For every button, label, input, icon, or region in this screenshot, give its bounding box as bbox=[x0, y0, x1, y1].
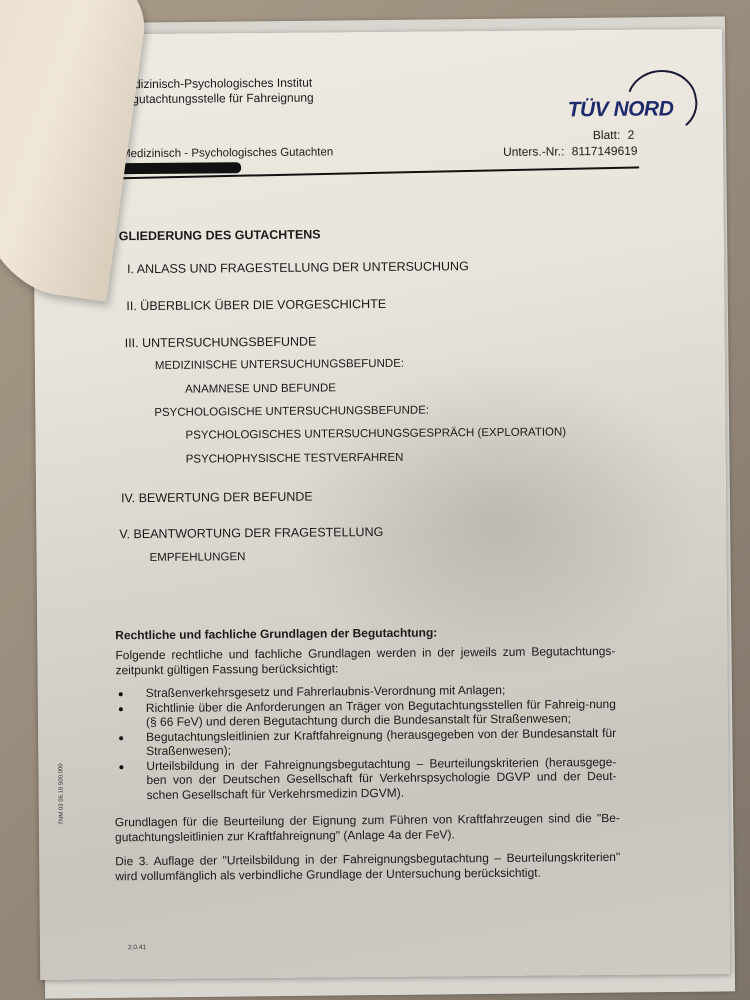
exam-number-value: 8117149619 bbox=[572, 144, 638, 159]
exam-number: Unters.-Nr.: 8117149619 bbox=[503, 144, 638, 159]
institute-name: Medizinisch-Psychologisches Institut bbox=[117, 76, 313, 93]
logo-text: TÜV NORD bbox=[568, 97, 674, 122]
toc-subitem: EMPFEHLUNGEN bbox=[150, 551, 246, 564]
toc-subitem: PSYCHOPHYSISCHE TESTVERFAHREN bbox=[186, 452, 404, 466]
document-page: Medizinisch-Psychologisches Institut Beg… bbox=[32, 29, 730, 980]
institute-header: Medizinisch-Psychologisches Institut Beg… bbox=[117, 76, 313, 108]
version-code: 2.0.41 bbox=[128, 944, 146, 951]
toc-item: V. BEANTWORTUNG DER FRAGESTELLUNG bbox=[119, 525, 383, 541]
toc-item: I. ANLASS UND FRAGESTELLUNG DER UNTERSUC… bbox=[127, 259, 469, 276]
bullet-icon bbox=[119, 765, 123, 769]
list-item: Richtlinie über die Anforderungen an Trä… bbox=[116, 696, 616, 729]
basis-paragraph-2: Grundlagen für die Beurteilung der Eignu… bbox=[115, 811, 620, 845]
basis-intro: Folgende rechtliche und fachliche Grundl… bbox=[115, 644, 615, 678]
bullet-icon bbox=[119, 707, 123, 711]
list-item: Begutachtungsleitlinien zur Kraftfahreig… bbox=[116, 725, 616, 758]
bullet-icon bbox=[119, 736, 123, 740]
list-item: Urteilsbildung in der Fahreignungsbeguta… bbox=[116, 754, 616, 802]
bullet-icon bbox=[119, 692, 123, 696]
basis-heading: Rechtliche und fachliche Grundlagen der … bbox=[115, 625, 437, 642]
exam-number-label: Unters.-Nr.: bbox=[503, 144, 564, 159]
form-code: TNM 03 06.19 500.000 bbox=[58, 763, 65, 824]
basis-list: Straßenverkehrsgesetz und Fahrerlaubnis-… bbox=[116, 682, 617, 802]
toc-item: IV. BEWERTUNG DER BEFUNDE bbox=[121, 490, 313, 506]
toc-subitem: PSYCHOLOGISCHES UNTERSUCHUNGSGESPRÄCH (E… bbox=[185, 426, 566, 441]
toc-item: II. ÜBERBLICK ÜBER DIE VORGESCHICHTE bbox=[126, 297, 386, 313]
redacted-name bbox=[121, 162, 241, 174]
toc-subitem: ANAMNESE UND BEFUNDE bbox=[185, 382, 336, 395]
sheet-number: Blatt: 2 bbox=[593, 128, 635, 142]
sheet-label: Blatt: bbox=[593, 128, 620, 142]
tuv-nord-logo: TÜV NORD bbox=[567, 59, 698, 130]
toc-subitem: PSYCHOLOGISCHE UNTERSUCHUNGSBEFUNDE: bbox=[154, 405, 429, 419]
toc-subitem: MEDIZINISCHE UNTERSUCHUNGSBEFUNDE: bbox=[155, 358, 404, 372]
sheet-value: 2 bbox=[628, 128, 635, 142]
toc-item: III. UNTERSUCHUNGSBEFUNDE bbox=[125, 335, 317, 351]
institute-department: Begutachtungsstelle für Fahreignung bbox=[118, 91, 314, 108]
basis-paragraph-3: Die 3. Auflage der "Urteilsbildung in de… bbox=[115, 850, 620, 884]
toc-title: GLIEDERUNG DES GUTACHTENS bbox=[119, 227, 321, 243]
document-type: Medizinisch - Psychologisches Gutachten bbox=[121, 146, 333, 160]
